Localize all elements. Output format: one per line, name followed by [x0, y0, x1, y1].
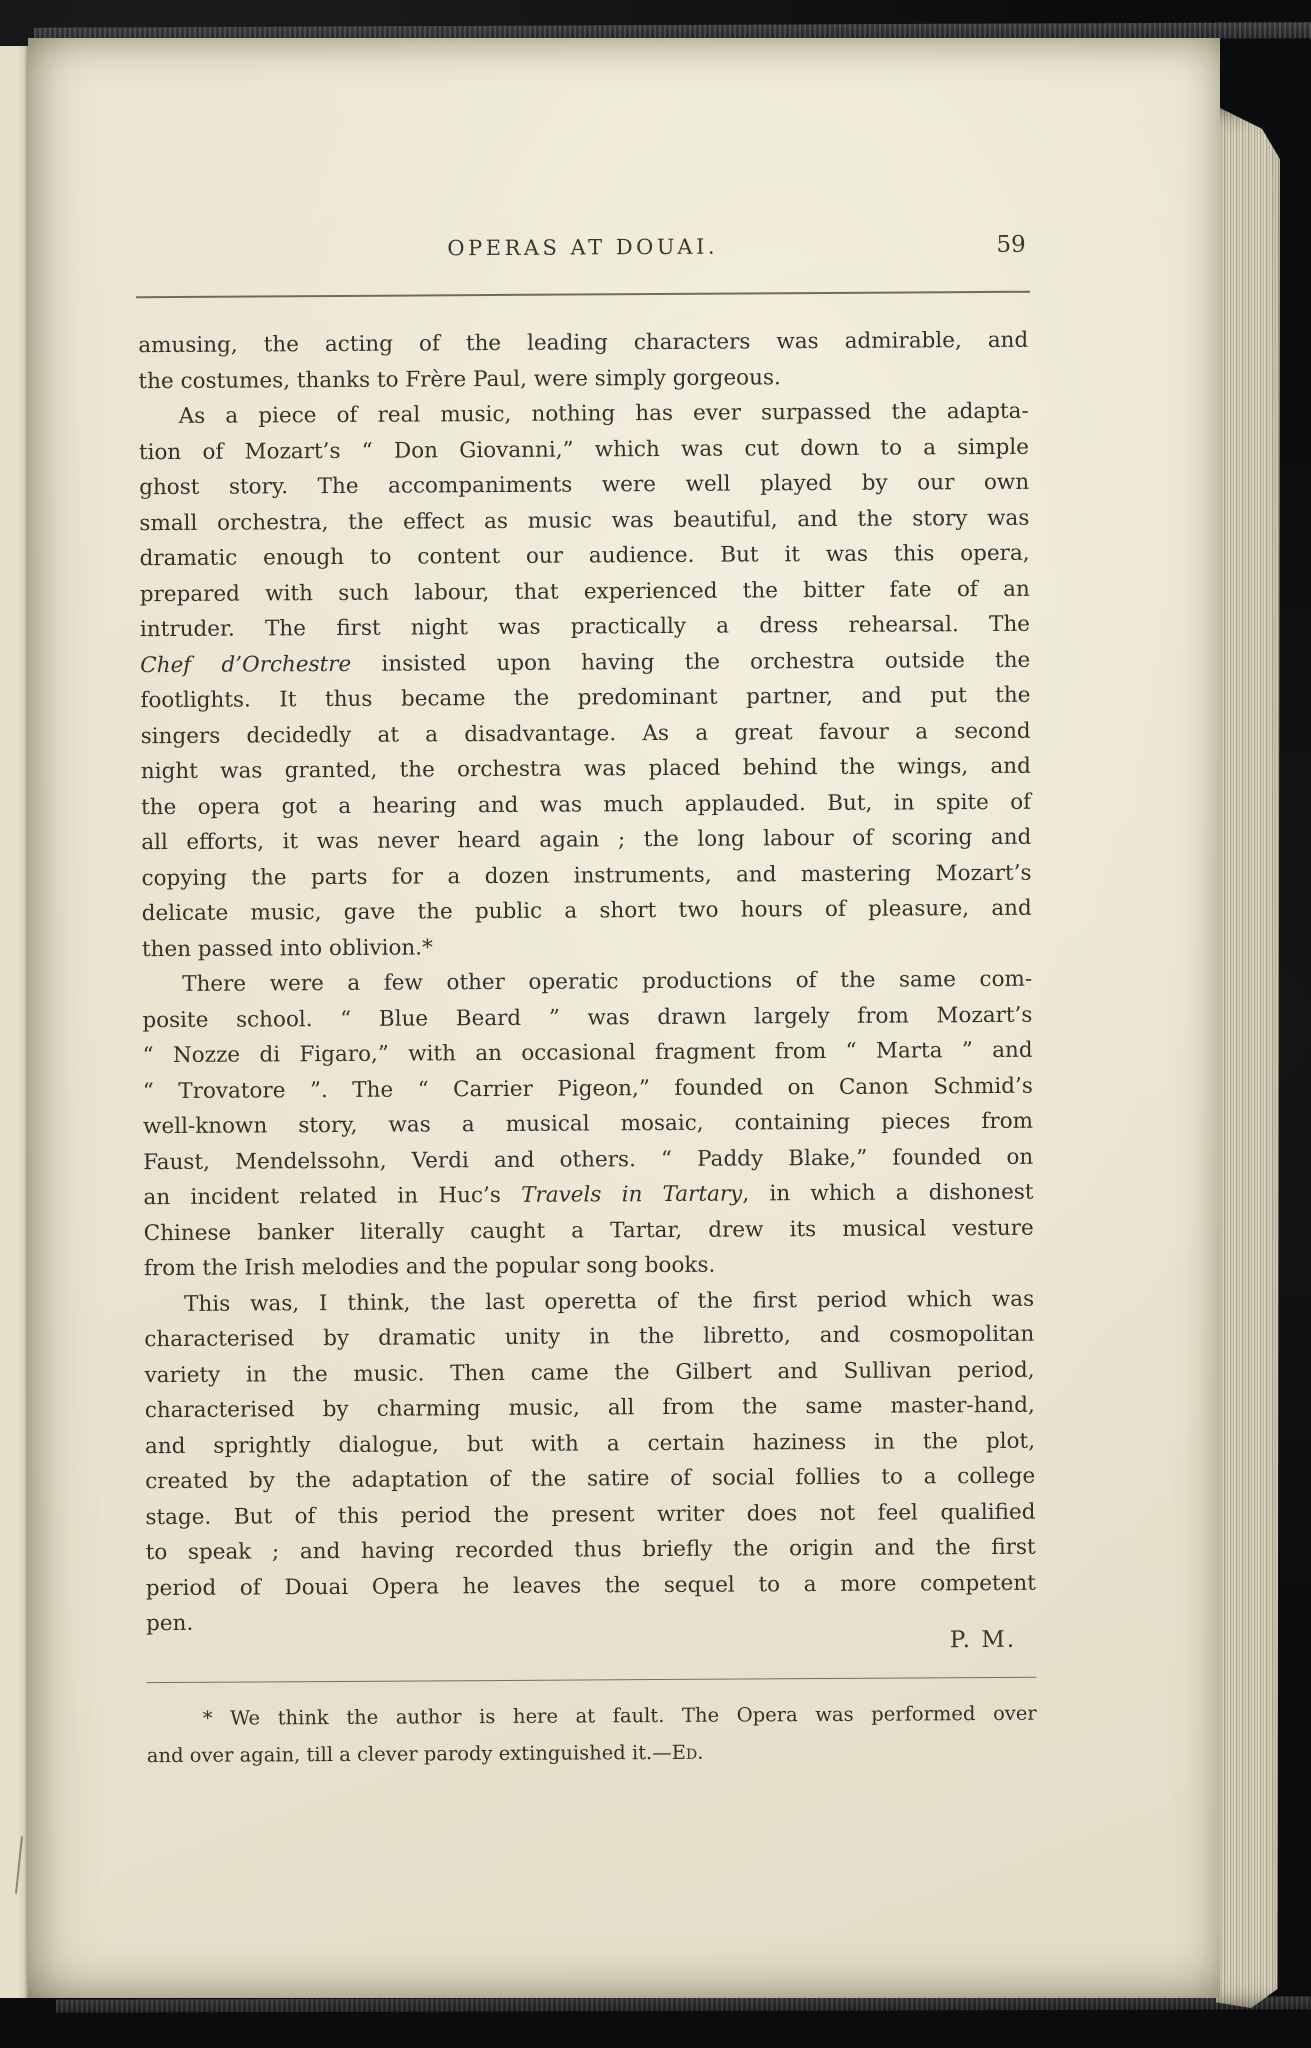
author-initials: P. M.	[950, 1627, 1016, 1653]
text-line: stage. But of this period the present wr…	[145, 1494, 1035, 1535]
text-line: created by the adaptation of the satire …	[145, 1459, 1035, 1500]
text-line: Chef d’Orchestre insisted upon having th…	[140, 642, 1030, 683]
text-line: “ Nozze di Figaro,” with an occasional f…	[143, 1033, 1033, 1074]
book-photo: OPERAS AT DOUAI. 59 amusing, the acting …	[0, 0, 1311, 2048]
text-line: posite school. “ Blue Beard ” was drawn …	[142, 997, 1032, 1038]
text-line: the opera got a hearing and was much app…	[141, 784, 1031, 825]
text-line: amusing, the acting of the leading chara…	[138, 323, 1028, 364]
text-line: characterised by dramatic unity in the l…	[144, 1317, 1034, 1358]
text-line: and sprightly dialogue, but with a certa…	[145, 1423, 1035, 1464]
running-header: OPERAS AT DOUAI. 59	[138, 233, 1028, 270]
text-line: intruder. The first night was practicall…	[140, 607, 1030, 648]
text-line: from the Irish melodies and the popular …	[144, 1246, 1034, 1287]
text-line: and over again, till a clever parody ext…	[147, 1732, 1037, 1774]
text-line: period of Douai Opera he leaves the sequ…	[146, 1565, 1036, 1606]
text-line: night was granted, the orchestra was pla…	[141, 749, 1031, 790]
page-content: OPERAS AT DOUAI. 59 amusing, the acting …	[136, 35, 1038, 2000]
footnote-rule	[146, 1677, 1036, 1684]
text-line: delicate music, gave the public a short …	[142, 891, 1032, 932]
text-line: well-known story, was a musical mosaic, …	[143, 1104, 1033, 1145]
footnote-text: * We think the author is here at fault. …	[147, 1695, 1037, 1774]
text-line: to speak ; and having recorded thus brie…	[146, 1530, 1036, 1571]
book-page: OPERAS AT DOUAI. 59 amusing, the acting …	[28, 38, 1220, 1998]
text-line: Faust, Mendelssohn, Verdi and others. “ …	[143, 1139, 1033, 1180]
fore-edge-pages	[1216, 106, 1280, 2008]
body-text: amusing, the acting of the leading chara…	[138, 323, 1036, 1642]
text-line: * We think the author is here at fault. …	[147, 1695, 1037, 1737]
text-line: characterised by charming music, all fro…	[145, 1388, 1035, 1429]
text-line: Chinese banker literally caught a Tartar…	[144, 1210, 1034, 1251]
header-rule	[136, 291, 1030, 298]
text-line: the costumes, thanks to Frère Paul, were…	[138, 358, 1028, 399]
text-line: ghost story. The accompaniments were wel…	[139, 465, 1029, 506]
text-line: singers decidedly at a disadvantage. As …	[141, 713, 1031, 754]
page-number: 59	[996, 232, 1025, 258]
text-line: footlights. It thus became the predomina…	[140, 678, 1030, 719]
text-line: copying the parts for a dozen instrument…	[141, 855, 1031, 896]
text-line: tion of Mozart’s “ Don Giovanni,” which …	[139, 429, 1029, 470]
text-line: small orchestra, the effect as music was…	[139, 500, 1029, 541]
text-line: then passed into oblivion.*	[142, 926, 1032, 967]
text-line: prepared with such labour, that experien…	[140, 571, 1030, 612]
text-line: variety in the music. Then came the Gilb…	[144, 1352, 1034, 1393]
text-line: “ Trovatore ”. The “ Carrier Pigeon,” fo…	[143, 1068, 1033, 1109]
page-title: OPERAS AT DOUAI.	[138, 233, 1028, 262]
text-line: There were a few other operatic producti…	[142, 962, 1032, 1003]
text-line: an incident related in Huc’s Travels in …	[143, 1175, 1033, 1216]
text-line: dramatic enough to content our audience.…	[139, 536, 1029, 577]
text-line: As a piece of real music, nothing has ev…	[139, 394, 1029, 435]
text-line: all efforts, it was never heard again ; …	[141, 820, 1031, 861]
text-line: pen.	[146, 1601, 1036, 1642]
text-line: This was, I think, the last operetta of …	[144, 1281, 1034, 1322]
